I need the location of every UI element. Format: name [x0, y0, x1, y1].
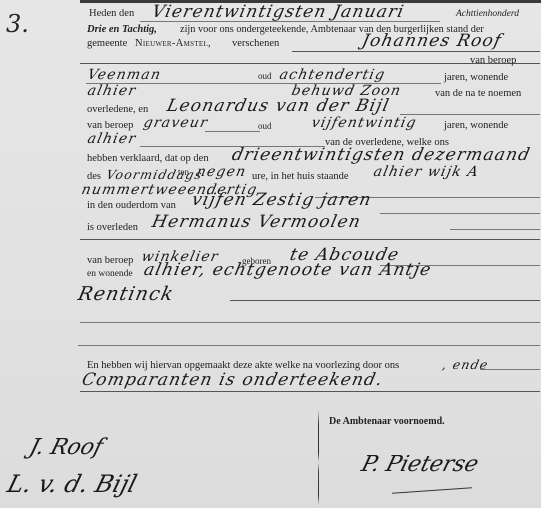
signature-declarant-2: L. v. d. Bijl: [4, 470, 140, 498]
printed-oud: oud: [258, 120, 272, 132]
rule: [380, 213, 540, 214]
rule: [400, 114, 540, 115]
rule: [80, 239, 540, 240]
handwritten-closing-2: Comparanten is onderteekend.: [80, 370, 385, 390]
handwritten-spouse-surname: Rentinck: [76, 283, 176, 305]
rule: [450, 229, 540, 230]
handwritten-declarant-2: Leonardus van der Bijl: [165, 96, 392, 116]
printed-ten: ten: [178, 166, 189, 178]
handwritten-occupation-2: graveur: [142, 115, 210, 131]
record-number: 3.: [6, 10, 29, 38]
official-label: De Ambtenaar voornoemd.: [329, 416, 445, 428]
signature-official: P. Pieterse: [359, 452, 482, 477]
rule: [205, 131, 260, 132]
printed-van-beroep: van beroep: [470, 55, 516, 67]
handwritten-hour: negen: [195, 164, 248, 180]
printed-overledene-en: overledene, en: [87, 104, 148, 116]
printed-year-end: Drie en Tachtig,: [87, 24, 157, 36]
printed-jaren-wonende: jaren, wonende: [444, 72, 508, 84]
handwritten-occupation-1: Veenman: [86, 67, 163, 83]
signature-underline: [392, 487, 472, 494]
handwritten-residence-1: alhier: [86, 83, 138, 99]
printed-gemeente: gemeente: [87, 38, 127, 50]
rule: [230, 300, 540, 301]
handwritten-time-of-day: Voormiddags: [105, 167, 204, 182]
printed-hebben-verklaard: hebben verklaard, dat op den: [87, 153, 209, 165]
printed-verschenen: verschenen: [232, 38, 279, 50]
rule: [292, 51, 540, 52]
handwritten-residence-2: alhier: [86, 131, 138, 147]
printed-heden-den: Heden den: [89, 8, 134, 20]
handwritten-age-deceased: vijfen Zestig jaren: [190, 190, 374, 210]
printed-is-overleden: is overleden: [87, 222, 138, 234]
handwritten-date: Vierentwintigsten Januari: [150, 2, 406, 22]
handwritten-house-location: alhier wijk A: [372, 164, 481, 180]
printed-oud: oud: [258, 70, 272, 82]
handwritten-residence-spouse: alhier, echtgenoote van Antje: [142, 260, 434, 280]
printed-jaren-wonende: jaren, wonende: [444, 120, 508, 132]
printed-year-start: Achttienhonderd: [456, 8, 519, 20]
printed-van-beroep: van beroep: [87, 255, 133, 267]
document-page: 3. Heden den Vierentwintigsten Januari A…: [0, 0, 541, 508]
rule: [140, 21, 440, 22]
rule: [480, 369, 540, 370]
printed-en-wonende: en wonende: [87, 268, 133, 280]
municipality-name: Nieuwer-Amstel,: [135, 38, 211, 50]
signature-divider: [318, 410, 319, 505]
signature-declarant-1: J. Roof: [27, 435, 106, 460]
printed-ouderdom: in den ouderdom van: [87, 200, 176, 212]
handwritten-age-1: achtendertig: [278, 67, 387, 83]
handwritten-age-2: vijfentwintig: [310, 115, 418, 131]
handwritten-death-date: drieentwintigsten dezermaand: [230, 145, 533, 165]
rule: [78, 345, 540, 346]
printed-na-te-noemen: van de na te noemen: [435, 88, 521, 100]
printed-ure-huis: ure, in het huis staande: [252, 171, 349, 183]
rule: [80, 322, 540, 323]
handwritten-deceased-name: Hermanus Vermoolen: [150, 212, 363, 232]
handwritten-declarant-1: Johannes Roof: [360, 31, 504, 51]
rule: [80, 391, 540, 392]
